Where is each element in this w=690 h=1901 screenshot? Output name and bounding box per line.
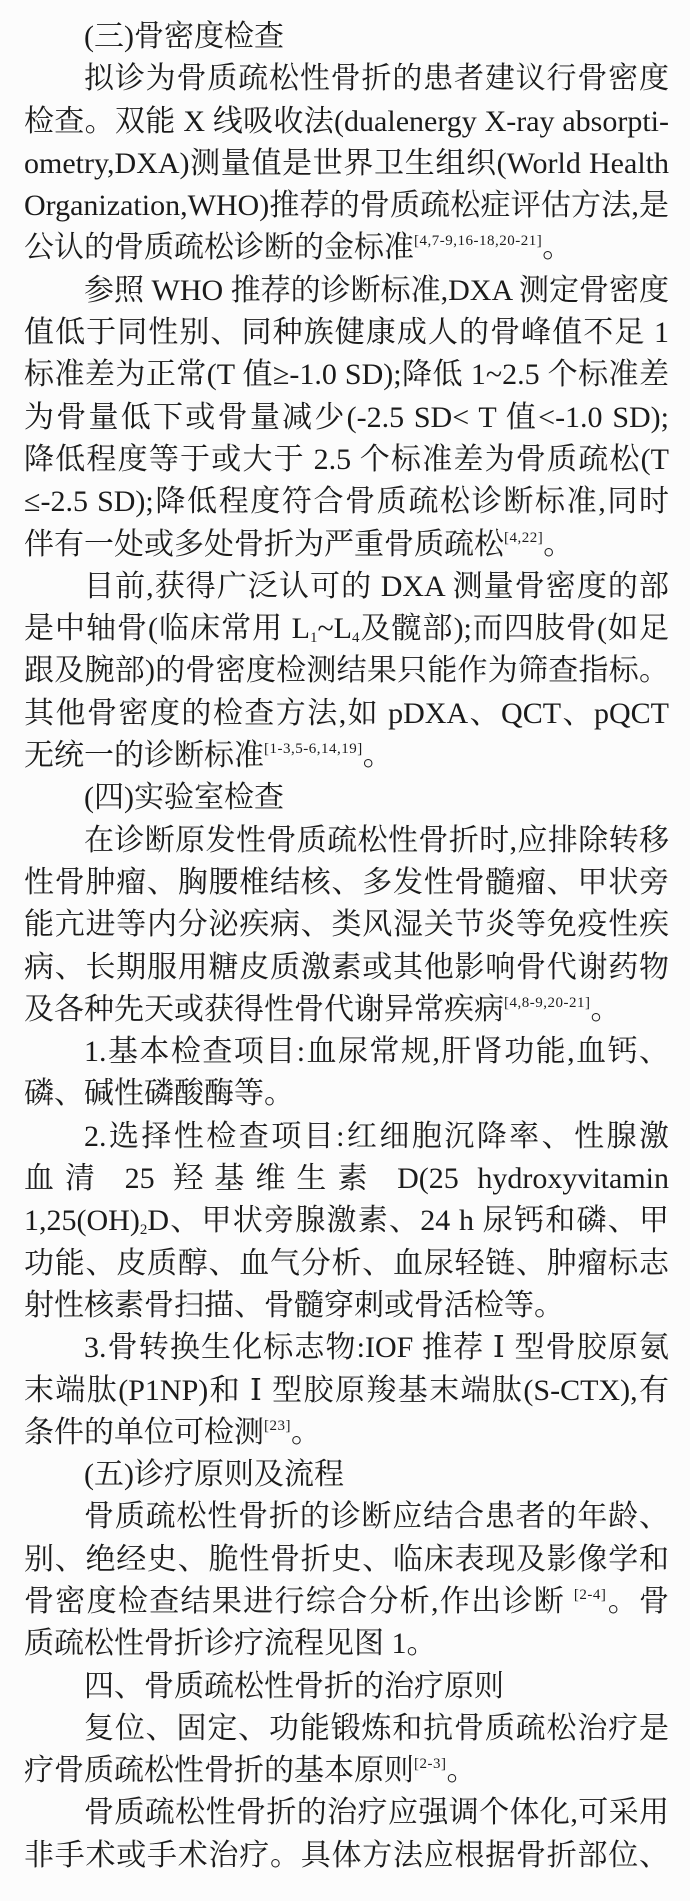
text-line: 骨密度检查结果进行综合分析,作出诊断 [2-4]。骨 xyxy=(24,1581,669,1623)
text-line: 条件的单位可检测[23]。 xyxy=(24,1412,669,1454)
text-line: 非手术或手术治疗。具体方法应根据骨折部位、骨 xyxy=(24,1835,669,1877)
text-line: 及各种先天或获得性骨代谢异常疾病[4,8-9,20-21]。 xyxy=(24,989,669,1031)
subscript-text: 2 xyxy=(140,1222,148,1238)
text-line: 射性核素骨扫描、骨髓穿刺或骨活检等。 xyxy=(24,1285,669,1327)
text-line: Organization,WHO)推荐的骨质疏松症评估方法,是 xyxy=(24,185,669,227)
text-line: 骨质疏松性骨折的治疗应强调个体化,可采用 xyxy=(24,1792,669,1834)
text-line: 别、绝经史、脆性骨折史、临床表现及影像学和(或) xyxy=(24,1539,669,1581)
citation-superscript: [23] xyxy=(264,1418,291,1434)
text-line: 标准差为正常(T 值≥-1.0 SD);降低 1~2.5 个标准差 xyxy=(24,354,669,396)
text-line: 骨质疏松性骨折的诊断应结合患者的年龄、性 xyxy=(24,1496,669,1538)
section-heading: (三)骨密度检查 xyxy=(24,16,669,58)
text-line: 能亢进等内分泌疾病、类风湿关节炎等免疫性疾 xyxy=(24,904,669,946)
text-line: 质疏松性骨折诊疗流程见图 1。 xyxy=(24,1623,669,1665)
text-line: 2.选择性检查项目:红细胞沉降率、性腺激素、 xyxy=(24,1116,669,1158)
text-line: 值低于同性别、同种族健康成人的骨峰值不足 1 个 xyxy=(24,312,669,354)
text-line: 拟诊为骨质疏松性骨折的患者建议行骨密度 xyxy=(24,58,669,100)
subscript-text: 1 xyxy=(310,630,318,646)
citation-superscript: [1-3,5-6,14,19] xyxy=(264,741,363,757)
text-line: 参照 WHO 推荐的诊断标准,DXA 测定骨密度 xyxy=(24,270,669,312)
text-line: 血清 25 羟基维生素 D(25 hydroxyvitamin D,25OHD)… xyxy=(24,1158,669,1200)
text-line: 其他骨密度的检查方法,如 pDXA、QCT、pQCT 等,尚 xyxy=(24,693,669,735)
citation-superscript: [4,7-9,16-18,20-21] xyxy=(414,233,542,249)
text-line: ometry,DXA)测量值是世界卫生组织(World Health xyxy=(24,143,669,185)
text-line: 无统一的诊断标准[1-3,5-6,14,19]。 xyxy=(24,735,669,777)
section-heading: (四)实验室检查 xyxy=(24,777,669,819)
text-line: 复位、固定、功能锻炼和抗骨质疏松治疗是治 xyxy=(24,1708,669,1750)
citation-superscript: [2-4] xyxy=(574,1587,607,1603)
text-line: 病、长期服用糖皮质激素或其他影响骨代谢药物以 xyxy=(24,947,669,989)
section-heading: (五)诊疗原则及流程 xyxy=(24,1454,669,1496)
text-line: 1.基本检查项目:血尿常规,肝肾功能,血钙、 xyxy=(24,1031,669,1073)
text-line: 末端肽(P1NP)和 Ⅰ 型胶原羧基末端肽(S-CTX),有 xyxy=(24,1370,669,1412)
text-line: 伴有一处或多处骨折为严重骨质疏松[4,22]。 xyxy=(24,524,669,566)
text-line: 疗骨质疏松性骨折的基本原则[2-3]。 xyxy=(24,1750,669,1792)
text-line: 是中轴骨(临床常用 L1~L4及髋部);而四肢骨(如足 xyxy=(24,608,669,650)
section-heading: 四、骨质疏松性骨折的治疗原则 xyxy=(24,1666,669,1708)
text-line: ≤-2.5 SD);降低程度符合骨质疏松诊断标准,同时 xyxy=(24,481,669,523)
text-line: 磷、碱性磷酸酶等。 xyxy=(24,1073,669,1115)
text-line: 功能、皮质醇、血气分析、血尿轻链、肿瘤标志物、放 xyxy=(24,1243,669,1285)
document-page: (三)骨密度检查拟诊为骨质疏松性骨折的患者建议行骨密度检查。双能 X 线吸收法(… xyxy=(0,0,690,1901)
text-line: 检查。双能 X 线吸收法(dualenergy X-ray absorpti- xyxy=(24,101,669,143)
text-line: 在诊断原发性骨质疏松性骨折时,应排除转移 xyxy=(24,820,669,862)
citation-superscript: [4,22] xyxy=(504,530,543,546)
text-line: 为骨量低下或骨量减少(-2.5 SD< T 值<-1.0 SD); xyxy=(24,397,669,439)
text-line: 跟及腕部)的骨密度检测结果只能作为筛查指标。 xyxy=(24,650,669,692)
subscript-text: 4 xyxy=(352,630,360,646)
text-line: 性骨肿瘤、胸腰椎结核、多发性骨髓瘤、甲状旁腺功 xyxy=(24,862,669,904)
text-line: 公认的骨质疏松诊断的金标准[4,7-9,16-18,20-21]。 xyxy=(24,227,669,269)
text-line: 3.骨转换生化标志物:IOF 推荐 Ⅰ 型骨胶原氨基 xyxy=(24,1327,669,1369)
text-line: 目前,获得广泛认可的 DXA 测量骨密度的部位 xyxy=(24,566,669,608)
text-column: (三)骨密度检查拟诊为骨质疏松性骨折的患者建议行骨密度检查。双能 X 线吸收法(… xyxy=(24,16,669,1877)
citation-superscript: [2-3] xyxy=(414,1756,447,1772)
text-line: 1,25(OH)2D、甲状旁腺激素、24 h 尿钙和磷、甲状腺 xyxy=(24,1200,669,1242)
text-line: 降低程度等于或大于 2.5 个标准差为骨质疏松(T 值 xyxy=(24,439,669,481)
citation-superscript: [4,8-9,20-21] xyxy=(504,995,590,1011)
